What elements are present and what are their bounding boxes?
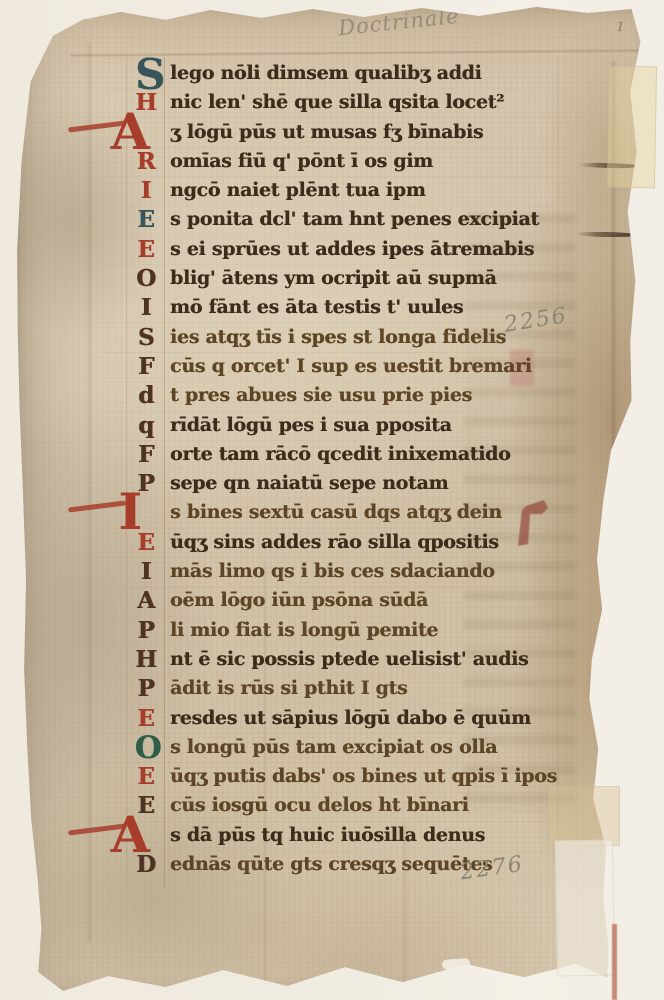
text-block: S lego nōli dimsem qualibʒ addi H nic le… <box>124 59 580 879</box>
line-initial: E <box>126 205 166 234</box>
line-initial: O <box>126 264 166 293</box>
line-text: ies atqʒ tīs i spes st longa fidelis <box>170 326 506 348</box>
manuscript-line: A oēm lōgo iūn psōna sūdā <box>124 586 580 615</box>
line-text: s ponita dcl' tam hnt penes excipiat <box>170 208 539 230</box>
line-initial: F <box>126 352 166 381</box>
line-text: omīas fiū q' pōnt ī os gim <box>170 150 433 172</box>
line-initial: R <box>126 147 166 176</box>
line-initial: I <box>126 557 166 586</box>
line-text: ednās qūte gts cresqʒ sequētes <box>170 853 492 875</box>
manuscript-line: S lego nōli dimsem qualibʒ addi <box>124 59 580 88</box>
tape-patch-bottom-right <box>555 840 615 977</box>
line-initial: P <box>126 674 166 703</box>
manuscript-line: P li mio fiat is longū pemite <box>124 616 580 645</box>
tape-patch-mid-right <box>548 786 620 846</box>
line-text: nic len' shē que silla qsita locet² <box>170 91 504 113</box>
manuscript-line: O s longū pūs tam excipiat os olla <box>124 733 580 762</box>
line-text: ūqʒ sins addes rāo silla qpositis <box>170 531 499 553</box>
line-text: sepe qn naiatū sepe notam <box>170 472 448 494</box>
line-initial: d <box>126 381 166 410</box>
manuscript-line: E resdes ut sāpius lōgū dabo ē quūm <box>124 704 580 733</box>
line-text: ngcō naiet plēnt tua ipm <box>170 179 426 201</box>
line-text: mās limo qs i bis ces sdaciando <box>170 560 495 582</box>
manuscript-line: E ūqʒ putis dabs' os bines ut qpis ī ipo… <box>124 762 580 791</box>
line-text: orte tam rācō qcedit inixematido <box>170 443 510 465</box>
manuscript-line: E cūs iosgū ocu delos ht bīnari <box>124 791 580 820</box>
manuscript-line: E s ei sprūes ut addes ipes ātremabis <box>124 235 580 264</box>
line-initial: I <box>126 293 166 322</box>
manuscript-line: I s bines sextū casū dqs atqʒ dein <box>124 498 580 527</box>
line-text: nt ē sic possis ptede uelisist' audis <box>170 648 528 670</box>
line-text: lego nōli dimsem qualibʒ addi <box>170 62 481 84</box>
line-text: mō fānt es āta testis t' uules <box>170 296 463 318</box>
manuscript-line: A ʒ lōgū pūs ut musas fʒ bīnabis <box>124 118 580 147</box>
sewing-slit <box>575 231 637 237</box>
line-text: rīdāt lōgū pes i sua pposita <box>170 414 452 436</box>
line-text: li mio fiat is longū pemite <box>170 619 438 641</box>
line-text: s longū pūs tam excipiat os olla <box>170 736 497 758</box>
manuscript-line: d t pres abues sie usu prie pies <box>124 381 580 410</box>
manuscript-line: I mās limo qs i bis ces sdaciando <box>124 557 580 586</box>
line-text: cūs q orcet' I sup es uestit bremari <box>170 355 532 377</box>
line-text: s ei sprūes ut addes ipes ātremabis <box>170 238 534 260</box>
line-text: oēm lōgo iūn psōna sūdā <box>170 589 428 611</box>
manuscript-line: E ūqʒ sins addes rāo silla qpositis <box>124 528 580 557</box>
line-initial: D <box>126 850 166 879</box>
line-text: s bines sextū casū dqs atqʒ dein <box>170 501 502 523</box>
line-initial: E <box>126 528 166 557</box>
manuscript-line: R omīas fiū q' pōnt ī os gim <box>124 147 580 176</box>
line-initial: I <box>126 176 166 205</box>
line-text: ādit is rūs si pthit I gts <box>170 677 407 699</box>
line-initial: q <box>126 411 166 440</box>
line-text: blig' ātens ym ocripit aū supmā <box>170 267 497 289</box>
line-initial: F <box>126 440 166 469</box>
vertical-crease <box>88 42 91 942</box>
pencil-title: Doctrinale <box>337 4 460 41</box>
edge-hole <box>442 958 471 970</box>
manuscript-line: F orte tam rācō qcedit inixematido <box>124 440 580 469</box>
line-text: resdes ut sāpius lōgū dabo ē quūm <box>170 707 531 729</box>
line-text: cūs iosgū ocu delos ht bīnari <box>170 794 469 816</box>
manuscript-line: H nt ē sic possis ptede uelisist' audis <box>124 645 580 674</box>
manuscript-line: P sepe qn naiatū sepe notam <box>124 469 580 498</box>
line-text: t pres abues sie usu prie pies <box>170 384 472 406</box>
line-initial: H <box>126 645 166 674</box>
manuscript-line: E s ponita dcl' tam hnt penes excipiat <box>124 205 580 234</box>
line-initial: A <box>126 586 166 615</box>
line-text: ʒ lōgū pūs ut musas fʒ bīnabis <box>170 121 483 143</box>
line-initial: O <box>128 733 168 763</box>
line-text: ūqʒ putis dabs' os bines ut qpis ī ipos <box>170 765 557 787</box>
line-initial: E <box>126 235 166 264</box>
manuscript-line: O blig' ātens ym ocripit aū supmā <box>124 264 580 293</box>
line-initial: E <box>126 704 166 733</box>
manuscript-line: P ādit is rūs si pthit I gts <box>124 674 580 703</box>
folio-number: 1 <box>615 19 626 35</box>
photo-backdrop: S lego nōli dimsem qualibʒ addi H nic le… <box>0 0 664 1000</box>
manuscript-line: I ngcō naiet plēnt tua ipm <box>124 176 580 205</box>
manuscript-line: q rīdāt lōgū pes i sua pposita <box>124 411 580 440</box>
manuscript-line: F cūs q orcet' I sup es uestit bremari <box>124 352 580 381</box>
line-text: s dā pūs tq huic iuōsilla denus <box>170 824 485 846</box>
line-initial: S <box>126 323 166 352</box>
manuscript-line: A s dā pūs tq huic iuōsilla denus <box>124 821 580 850</box>
line-initial: P <box>126 616 166 645</box>
red-edge-strip <box>612 924 617 1000</box>
manuscript-line: H nic len' shē que silla qsita locet² <box>124 88 580 117</box>
line-initial: E <box>126 762 166 791</box>
tape-patch-top-right <box>607 66 657 189</box>
